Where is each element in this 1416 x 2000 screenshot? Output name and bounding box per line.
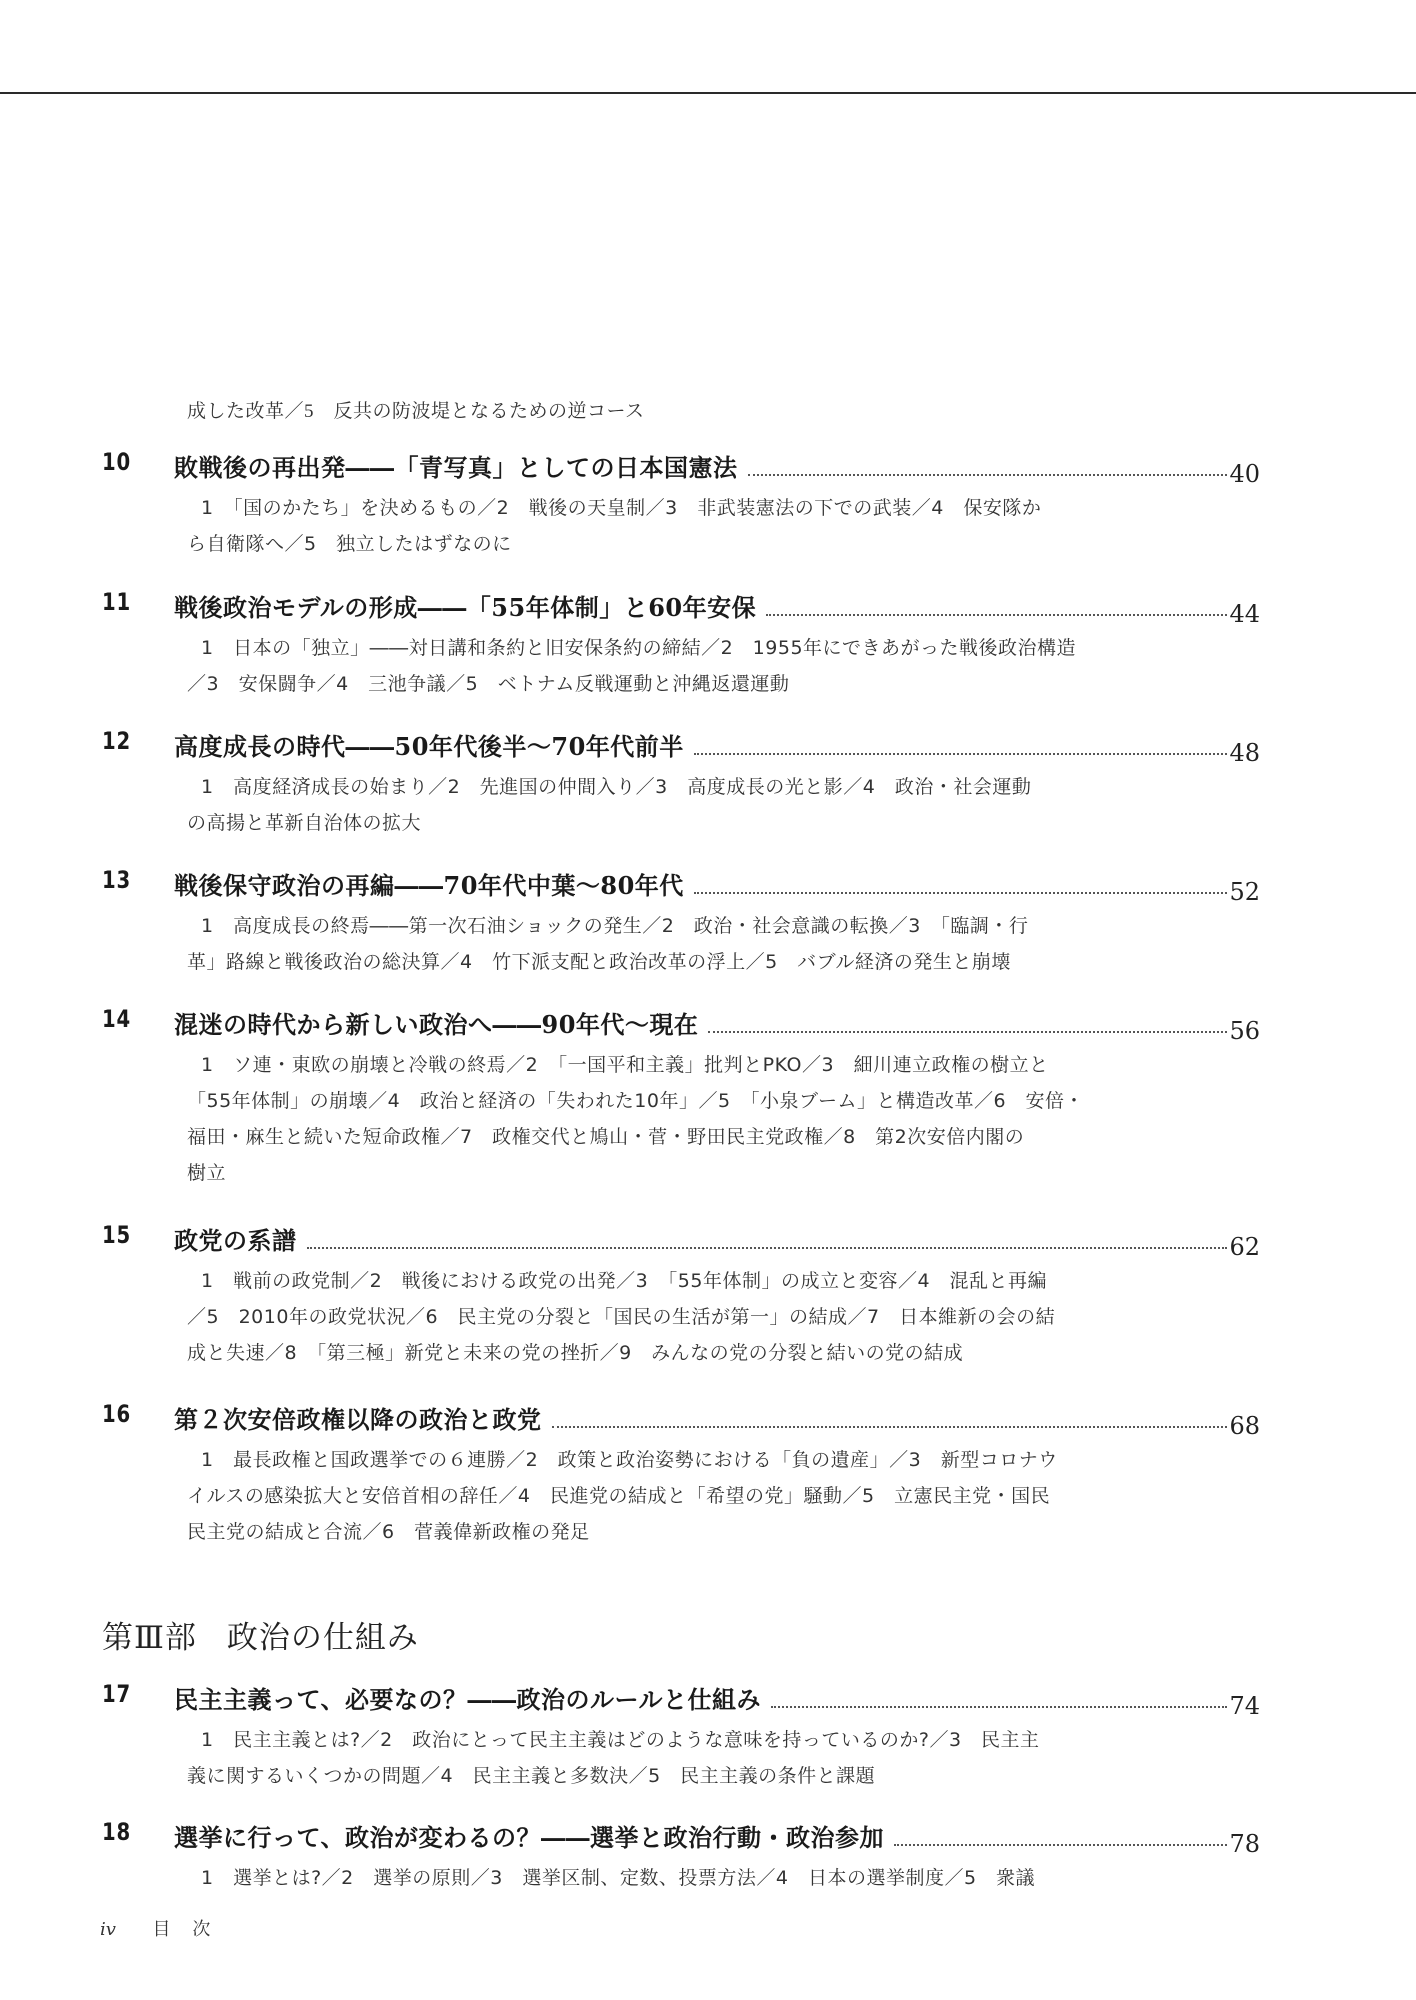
section-line: 1 最長政権と国政選挙での６連勝／2 政策と政治姿勢における「負の遺産」／3 新… [187, 1442, 1187, 1478]
section-line: ら自衛隊へ／5 独立したはずなのに [187, 526, 1187, 562]
chapter-title-row[interactable]: 戦後政治モデルの形成――「55年体制」と60年安保 44 [174, 588, 1260, 623]
chapter-number: 16 [102, 1400, 131, 1428]
section-line: 1 日本の「独立」――対日講和条約と旧安保条約の締結／2 1955年にできあがっ… [187, 630, 1187, 666]
section-line: の高揚と革新自治体の拡大 [187, 805, 1187, 841]
chapter-title: 政党の系譜 [174, 1221, 297, 1256]
dot-leader [766, 613, 1227, 616]
section-line: 樹立 [187, 1155, 1187, 1191]
section-line: 福田・麻生と続いた短命政権／7 政権交代と鳩山・菅・野田民主党政権／8 第2次安… [187, 1119, 1187, 1155]
section-list: 1 「国のかたち」を決めるもの／2 戦後の天皇制／3 非武装憲法の下での武装／4… [187, 490, 1187, 562]
dot-leader [748, 473, 1228, 476]
page-number: 52 [1229, 878, 1260, 906]
section-line: 成と失速／8 「第三極」新党と未来の党の挫折／9 みんなの党の分裂と結いの党の結… [187, 1335, 1187, 1371]
section-line: 「55年体制」の崩壊／4 政治と経済の「失われた10年」／5 「小泉ブーム」と構… [187, 1083, 1187, 1119]
running-label: 目次 [152, 1919, 232, 1940]
chapter-number: 15 [102, 1221, 131, 1249]
section-line: 1 高度成長の終焉――第一次石油ショックの発生／2 政治・社会意識の転換／3 「… [187, 908, 1187, 944]
dot-leader [552, 1425, 1228, 1428]
section-list: 1 日本の「独立」――対日講和条約と旧安保条約の締結／2 1955年にできあがっ… [187, 630, 1187, 702]
chapter-title: 敗戦後の再出発――「青写真」としての日本国憲法 [174, 448, 738, 483]
part-label: 第Ⅲ部 [102, 1620, 197, 1656]
chapter-title-row[interactable]: 高度成長の時代――50年代後半～70年代前半 48 [174, 727, 1260, 762]
part-title: 政治の仕組み [227, 1620, 419, 1656]
chapter-number: 10 [102, 448, 131, 476]
section-line: ／5 2010年の政党状況／6 民主党の分裂と「国民の生活が第一」の結成／7 日… [187, 1299, 1187, 1335]
section-line: 1 高度経済成長の始まり／2 先進国の仲間入り／3 高度成長の光と影／4 政治・… [187, 769, 1187, 805]
chapter-number: 14 [102, 1005, 131, 1033]
section-list: 1 民主主義とは?／2 政治にとって民主主義はどのような意味を持っているのか?／… [187, 1722, 1187, 1794]
section-list: 1 高度成長の終焉――第一次石油ショックの発生／2 政治・社会意識の転換／3 「… [187, 908, 1187, 980]
page-number: 56 [1229, 1017, 1260, 1045]
chapter-number: 17 [102, 1680, 131, 1708]
chapter-number: 12 [102, 727, 131, 755]
continuation-line: 成した改革／5 反共の防波堤となるための逆コース [187, 396, 645, 423]
chapter-title-row[interactable]: 戦後保守政治の再編――70年代中葉～80年代 52 [174, 866, 1260, 901]
section-line: 1 戦前の政党制／2 戦後における政党の出発／3 「55年体制」の成立と変容／4… [187, 1263, 1187, 1299]
dot-leader [694, 752, 1228, 755]
section-line: 1 選挙とは?／2 選挙の原則／3 選挙区制、定数、投票方法／4 日本の選挙制度… [187, 1860, 1187, 1896]
chapter-title: 選挙に行って、政治が変わるの？――選挙と政治行動・政治参加 [174, 1818, 884, 1853]
header-rule [0, 92, 1416, 94]
chapter-number: 13 [102, 866, 131, 894]
dot-leader [708, 1030, 1227, 1033]
chapter-title: 高度成長の時代――50年代後半～70年代前半 [174, 727, 684, 762]
page-number: 48 [1229, 739, 1260, 767]
dot-leader [894, 1843, 1227, 1846]
page-number: 68 [1229, 1412, 1260, 1440]
section-list: 1 高度経済成長の始まり／2 先進国の仲間入り／3 高度成長の光と影／4 政治・… [187, 769, 1187, 841]
chapter-title: 民主主義って、必要なの？――政治のルールと仕組み [174, 1680, 761, 1715]
chapter-title-row[interactable]: 選挙に行って、政治が変わるの？――選挙と政治行動・政治参加 78 [174, 1818, 1260, 1853]
section-line: 革」路線と戦後政治の総決算／4 竹下派支配と政治改革の浮上／5 バブル経済の発生… [187, 944, 1187, 980]
page-number: 40 [1229, 460, 1260, 488]
part-heading: 第Ⅲ部政治の仕組み [102, 1612, 419, 1657]
section-line: イルスの感染拡大と安倍首相の辞任／4 民進党の結成と「希望の党」騒動／5 立憲民… [187, 1478, 1187, 1514]
section-line: 民主党の結成と合流／6 菅義偉新政権の発足 [187, 1514, 1187, 1550]
chapter-title-row[interactable]: 政党の系譜 62 [174, 1221, 1260, 1256]
section-line: ／3 安保闘争／4 三池争議／5 ベトナム反戦運動と沖縄返還運動 [187, 666, 1187, 702]
chapter-title-row[interactable]: 混迷の時代から新しい政治へ――90年代～現在 56 [174, 1005, 1260, 1040]
dot-leader [771, 1705, 1227, 1708]
section-line: 1 ソ連・東欧の崩壊と冷戦の終焉／2 「一国平和主義」批判とPKO／3 細川連立… [187, 1047, 1187, 1083]
page-footer: iv 目次 [100, 1915, 232, 1941]
section-line: 1 「国のかたち」を決めるもの／2 戦後の天皇制／3 非武装憲法の下での武装／4… [187, 490, 1187, 526]
chapter-title-row[interactable]: 第２次安倍政権以降の政治と政党 68 [174, 1400, 1260, 1435]
chapter-number: 18 [102, 1818, 131, 1846]
section-line: 義に関するいくつかの問題／4 民主主義と多数決／5 民主主義の条件と課題 [187, 1758, 1187, 1794]
page-number: 78 [1229, 1830, 1260, 1858]
chapter-title: 戦後政治モデルの形成――「55年体制」と60年安保 [174, 588, 756, 623]
page-number: 62 [1229, 1233, 1260, 1261]
dot-leader [694, 891, 1228, 894]
page-number: 44 [1229, 600, 1260, 628]
chapter-title-row[interactable]: 民主主義って、必要なの？――政治のルールと仕組み 74 [174, 1680, 1260, 1715]
page-number: 74 [1229, 1692, 1260, 1720]
chapter-number: 11 [102, 588, 131, 616]
chapter-title: 混迷の時代から新しい政治へ――90年代～現在 [174, 1005, 698, 1040]
section-list: 1 選挙とは?／2 選挙の原則／3 選挙区制、定数、投票方法／4 日本の選挙制度… [187, 1860, 1187, 1896]
chapter-title: 第２次安倍政権以降の政治と政党 [174, 1400, 542, 1435]
chapter-title-row[interactable]: 敗戦後の再出発――「青写真」としての日本国憲法 40 [174, 448, 1260, 483]
section-line: 1 民主主義とは?／2 政治にとって民主主義はどのような意味を持っているのか?／… [187, 1722, 1187, 1758]
chapter-title: 戦後保守政治の再編――70年代中葉～80年代 [174, 866, 684, 901]
section-list: 1 最長政権と国政選挙での６連勝／2 政策と政治姿勢における「負の遺産」／3 新… [187, 1442, 1187, 1550]
section-list: 1 戦前の政党制／2 戦後における政党の出発／3 「55年体制」の成立と変容／4… [187, 1263, 1187, 1371]
dot-leader [307, 1246, 1228, 1249]
page-folio: iv [100, 1919, 116, 1940]
section-list: 1 ソ連・東欧の崩壊と冷戦の終焉／2 「一国平和主義」批判とPKO／3 細川連立… [187, 1047, 1187, 1191]
